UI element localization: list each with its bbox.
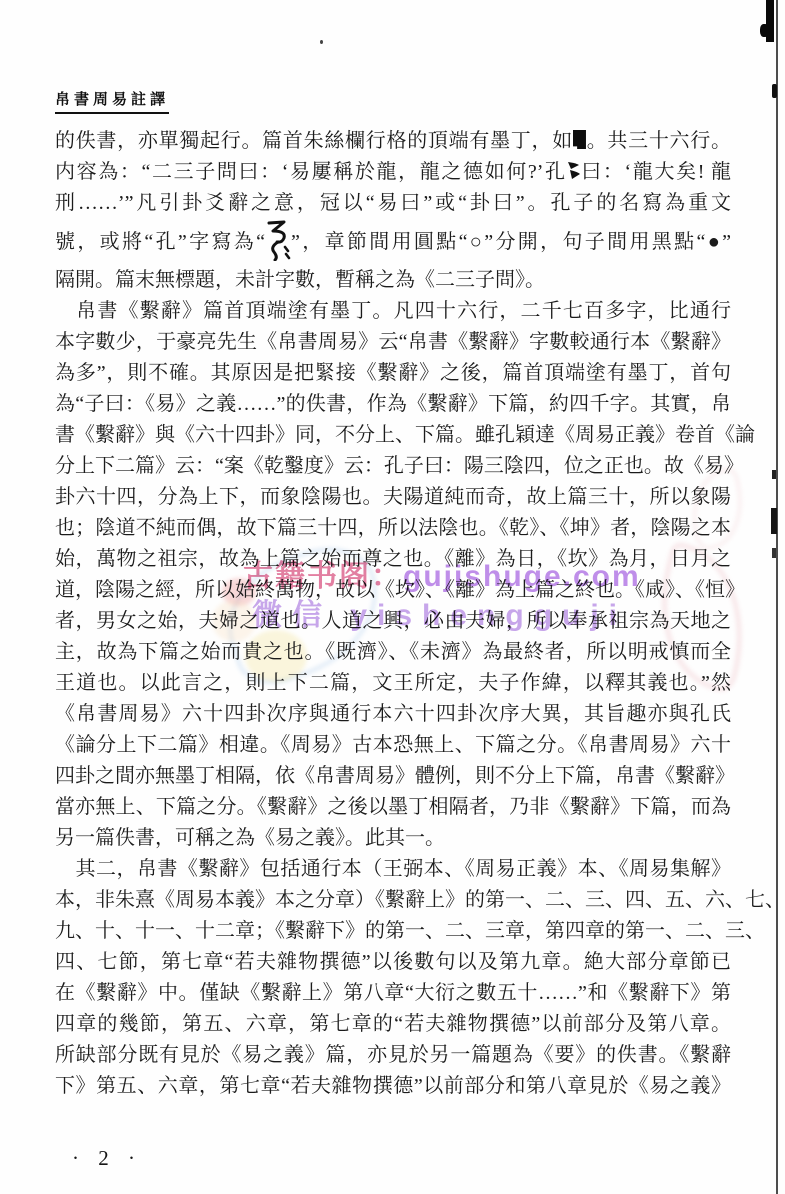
text-line: 為“子曰：《易》之義……”的佚書，作為《繫辭》下篇，約四千字。其實，帛	[55, 389, 731, 420]
text-line: 内容為：“二三子問曰：‘易屢稱於龍，龍之德如何?’孔曰：‘龍大矣! 龍	[55, 157, 731, 188]
text-line: 者，男女之始，夫婦之道也。人道之興，必由夫婦，所以奉承祖宗為天地之	[55, 606, 731, 637]
running-header: 帛書周易註譯	[55, 88, 169, 114]
text-line: 道，陰陽之經，所以始終萬物，故以《坎》、《離》為上篇之終也。《咸》、《恒》	[55, 575, 731, 606]
scan-corner-mark	[766, 0, 774, 42]
kong-cursive-glyph	[265, 219, 291, 265]
text-line: 主，故為下篇之始而貴之也。《既濟》、《未濟》為最終者，所以明戒慎而全	[55, 637, 731, 668]
text-line: 為多”，則不確。其原因是把緊接《繫辭》之後，篇首頂端塗有墨丁，首句	[55, 358, 731, 389]
text-line: 九、十、十一、十二章；《繫辭下》的第一、二、三章，第四章的第一、二、三、	[55, 916, 731, 947]
text-line: 刑……’”凡引卦爻辭之意，冠以“易曰”或“卦曰”。孔子的名寫為重文	[55, 188, 731, 219]
scan-edge-blob	[772, 548, 776, 558]
text-line: 四卦之間亦無墨丁相隔，依《帛書周易》體例，則不分上下篇，帛書《繫辭》	[55, 761, 731, 792]
text-line: 書《繫辭》與《六十四卦》同，不分上、下篇。雖孔穎達《周易正義》卷首《論	[55, 420, 731, 451]
scan-edge-blob	[771, 508, 777, 534]
text-line: 帛書《繫辭》篇首頂端塗有墨丁。凡四十六行，二千七百多字，比通行	[55, 296, 731, 327]
scan-edge-blob	[772, 470, 776, 479]
text-line: 四章的幾節，第五、六章，第七章的“若夫雜物撰德”以前部分及第八章。	[55, 1009, 731, 1040]
text-line: 《帛書周易》六十四卦次序與通行本六十四卦次序大異，其旨趣亦與孔氏	[55, 699, 731, 730]
text-line: 也；陰道不純而偶，故下篇三十四，所以法陰也。《乾》、《坤》者，陰陽之本	[55, 513, 731, 544]
text-line: 本，非朱熹《周易本義》本之分章）《繫辭上》的第一、二、三、四、五、六、七、	[55, 885, 731, 916]
text-line: 四、七節，第七章“若夫雜物撰德”以後數句以及第九章。絶大部分章節已	[55, 947, 731, 978]
text-line: 當亦無上、下篇之分。《繫辭》之後以墨丁相隔者，乃非《繫辭》下篇，而為	[55, 792, 731, 823]
text-line: 隔開。篇末無標題，未計字數，暫稱之為《二三子問》。	[55, 265, 731, 296]
moding-glyph	[573, 130, 586, 149]
text-line: 號，或將“孔”字寫為“”，章節間用圓點“○”分開，句子間用黑點“●”	[55, 219, 731, 265]
text-line: 本字數少，于豪亮先生《帛書周易》云“帛書《繫辭》字數較通行本《繫辭》	[55, 327, 731, 358]
text-line: 卦六十四，分為上下，而象陰陽也。夫陽道純而奇，故上篇三十，所以象陽	[55, 482, 731, 513]
text-line: 所缺部分既有見於《易之義》篇，亦見於另一篇題為《要》的佚書。《繫辭	[55, 1040, 731, 1071]
page-number: · 2 ·	[72, 1146, 142, 1171]
scan-edge-line	[776, 0, 778, 1194]
book-page: 帛書周易註譯 的佚書，亦單獨起行。篇首朱絲欄行格的頂端有墨丁，如。共三十六行。内…	[0, 0, 785, 1194]
text-line: 其二，帛書《繫辭》包括通行本（王弼本、《周易正義》本、《周易集解》	[55, 854, 731, 885]
text-line: 在《繫辭》中。僅缺《繫辭上》第八章“大衍之數五十……”和《繫辭下》第	[55, 978, 731, 1009]
scan-corner-mark-2	[760, 24, 769, 37]
text-line: 另一篇佚書，可稱之為《易之義》。此其一。	[55, 823, 731, 854]
text-line: 《論分上下二篇》相違。《周易》古本恐無上、下篇之分。《帛書周易》六十	[55, 730, 731, 761]
text-line: 分上下二篇》云：“案《乾鑿度》云：孔子曰：陽三陰四，位之正也。故《易》	[55, 451, 731, 482]
scan-edge-blob	[772, 84, 777, 98]
chongwen-glyph	[567, 157, 580, 188]
body-text: 的佚書，亦單獨起行。篇首朱絲欄行格的頂端有墨丁，如。共三十六行。内容為：“二三子…	[55, 126, 731, 1102]
text-line: 始，萬物之祖宗，故為上篇之始而尊之也。《離》為日，《坎》為月，日月之	[55, 544, 731, 575]
text-line: 下》第五、六章，第七章“若夫雜物撰德”以前部分和第八章見於《易之義》	[55, 1071, 731, 1102]
scan-dot-speck	[320, 40, 323, 44]
text-line: 王道也。以此言之，則上下二篇，文王所定，夫子作緯，以釋其義也。”然	[55, 668, 731, 699]
text-line: 的佚書，亦單獨起行。篇首朱絲欄行格的頂端有墨丁，如。共三十六行。	[55, 126, 731, 157]
